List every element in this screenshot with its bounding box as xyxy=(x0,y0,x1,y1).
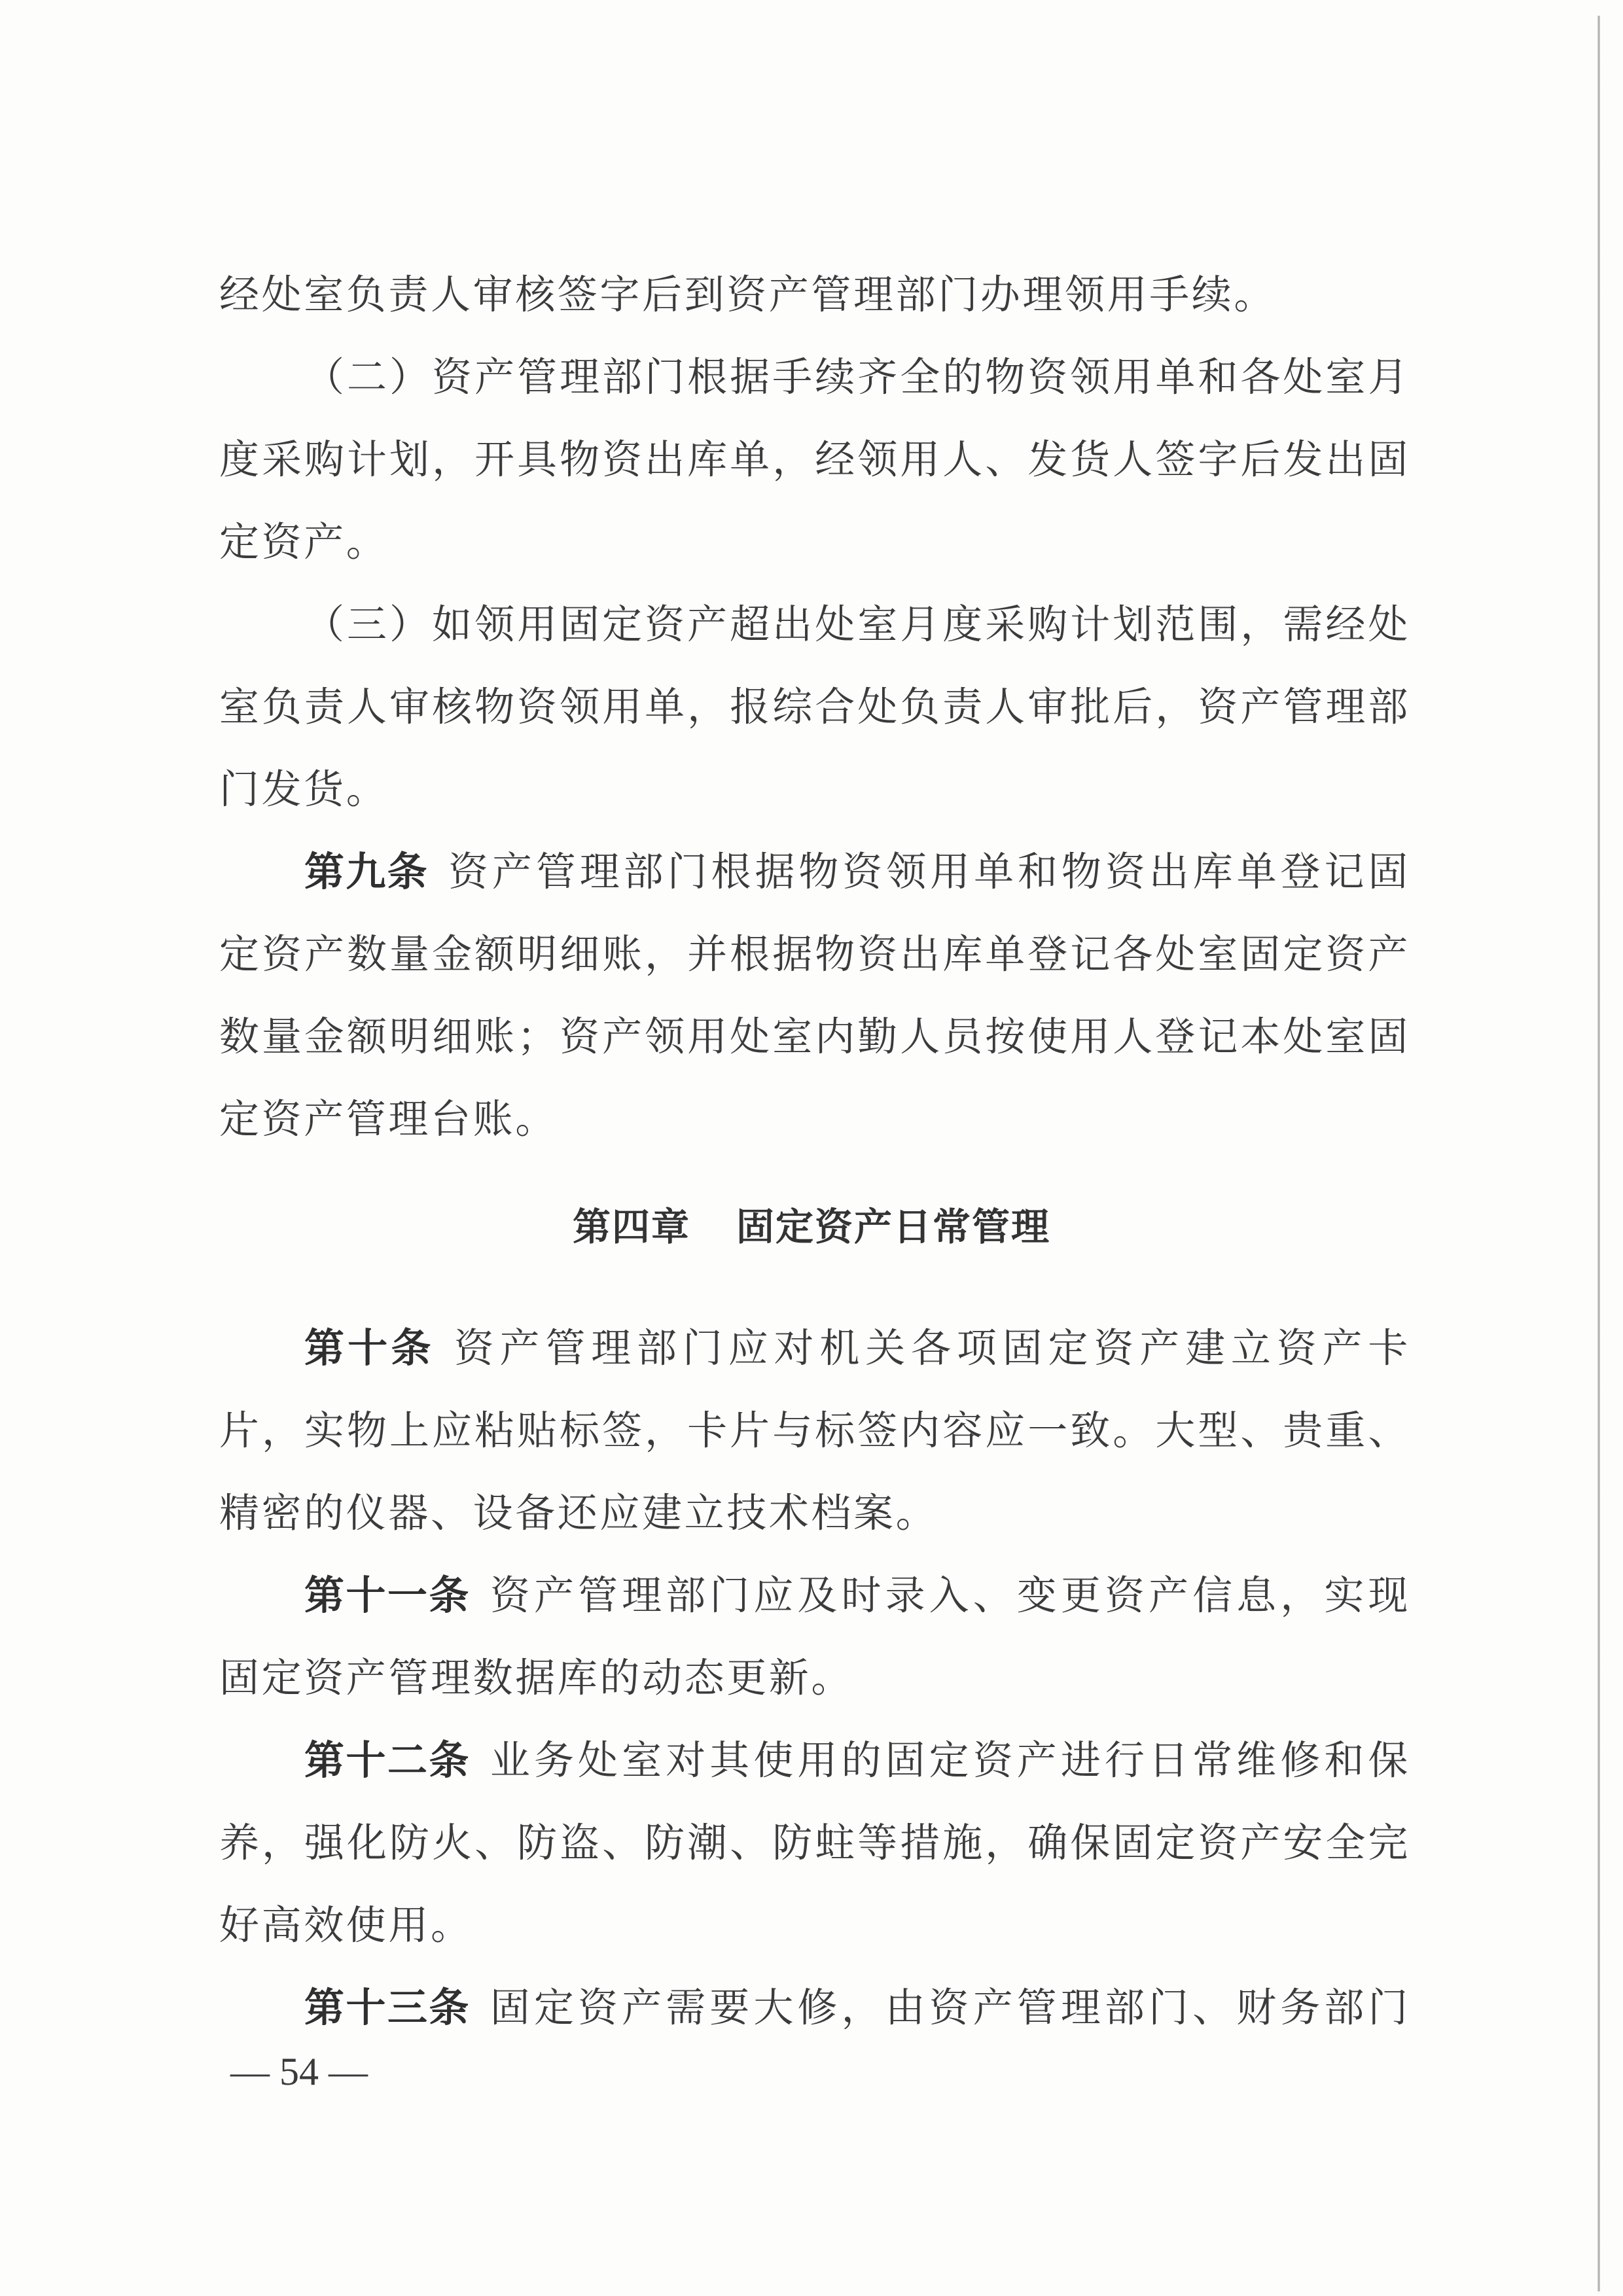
chapter-number: 第四章 xyxy=(573,1205,690,1249)
document-page: 经处室负责人审核签字后到资产管理部门办理领用手续。 （二）资产管理部门根据手续齐… xyxy=(0,0,1623,2296)
chapter-heading: 第四章固定资产日常管理 xyxy=(0,1196,1623,1251)
article-13: 第十三条固定资产需要大修，由资产管理部门、财务部门 xyxy=(219,1967,1410,2049)
page-number: — 54 — xyxy=(230,2049,368,2094)
article-10: 第十条资产管理部门应对机关各项固定资产建立资产卡片，实物上应粘贴标签，卡片与标签… xyxy=(219,1307,1410,1555)
article-9: 第九条资产管理部门根据物资领用单和物资出库单登记固定资产数量金额明细账，并根据物… xyxy=(219,831,1410,1161)
paragraph-item-3: （三）如领用固定资产超出处室月度采购计划范围，需经处室负责人审核物资领用单，报综… xyxy=(219,584,1410,831)
scan-edge-line xyxy=(1597,16,1600,2291)
article-11-label: 第十一条 xyxy=(304,1572,471,1619)
text-block-upper: 经处室负责人审核签字后到资产管理部门办理领用手续。 （二）资产管理部门根据手续齐… xyxy=(219,254,1410,1161)
article-12: 第十二条业务处室对其使用的固定资产进行日常维修和保养，强化防火、防盗、防潮、防蛀… xyxy=(219,1720,1410,1967)
article-12-label: 第十二条 xyxy=(304,1737,471,1784)
chapter-title: 固定资产日常管理 xyxy=(736,1205,1050,1249)
article-13-text: 固定资产需要大修，由资产管理部门、财务部门 xyxy=(490,1985,1410,2031)
article-11: 第十一条资产管理部门应及时录入、变更资产信息，实现固定资产管理数据库的动态更新。 xyxy=(219,1555,1410,1720)
paragraph-continuation: 经处室负责人审核签字后到资产管理部门办理领用手续。 xyxy=(219,254,1410,336)
article-9-label: 第九条 xyxy=(304,849,429,895)
paragraph-item-2: （二）资产管理部门根据手续齐全的物资领用单和各处室月度采购计划，开具物资出库单，… xyxy=(219,336,1410,584)
text-block-lower: 第十条资产管理部门应对机关各项固定资产建立资产卡片，实物上应粘贴标签，卡片与标签… xyxy=(219,1307,1410,2049)
article-13-label: 第十三条 xyxy=(304,1985,471,2031)
article-10-label: 第十条 xyxy=(304,1325,435,1371)
